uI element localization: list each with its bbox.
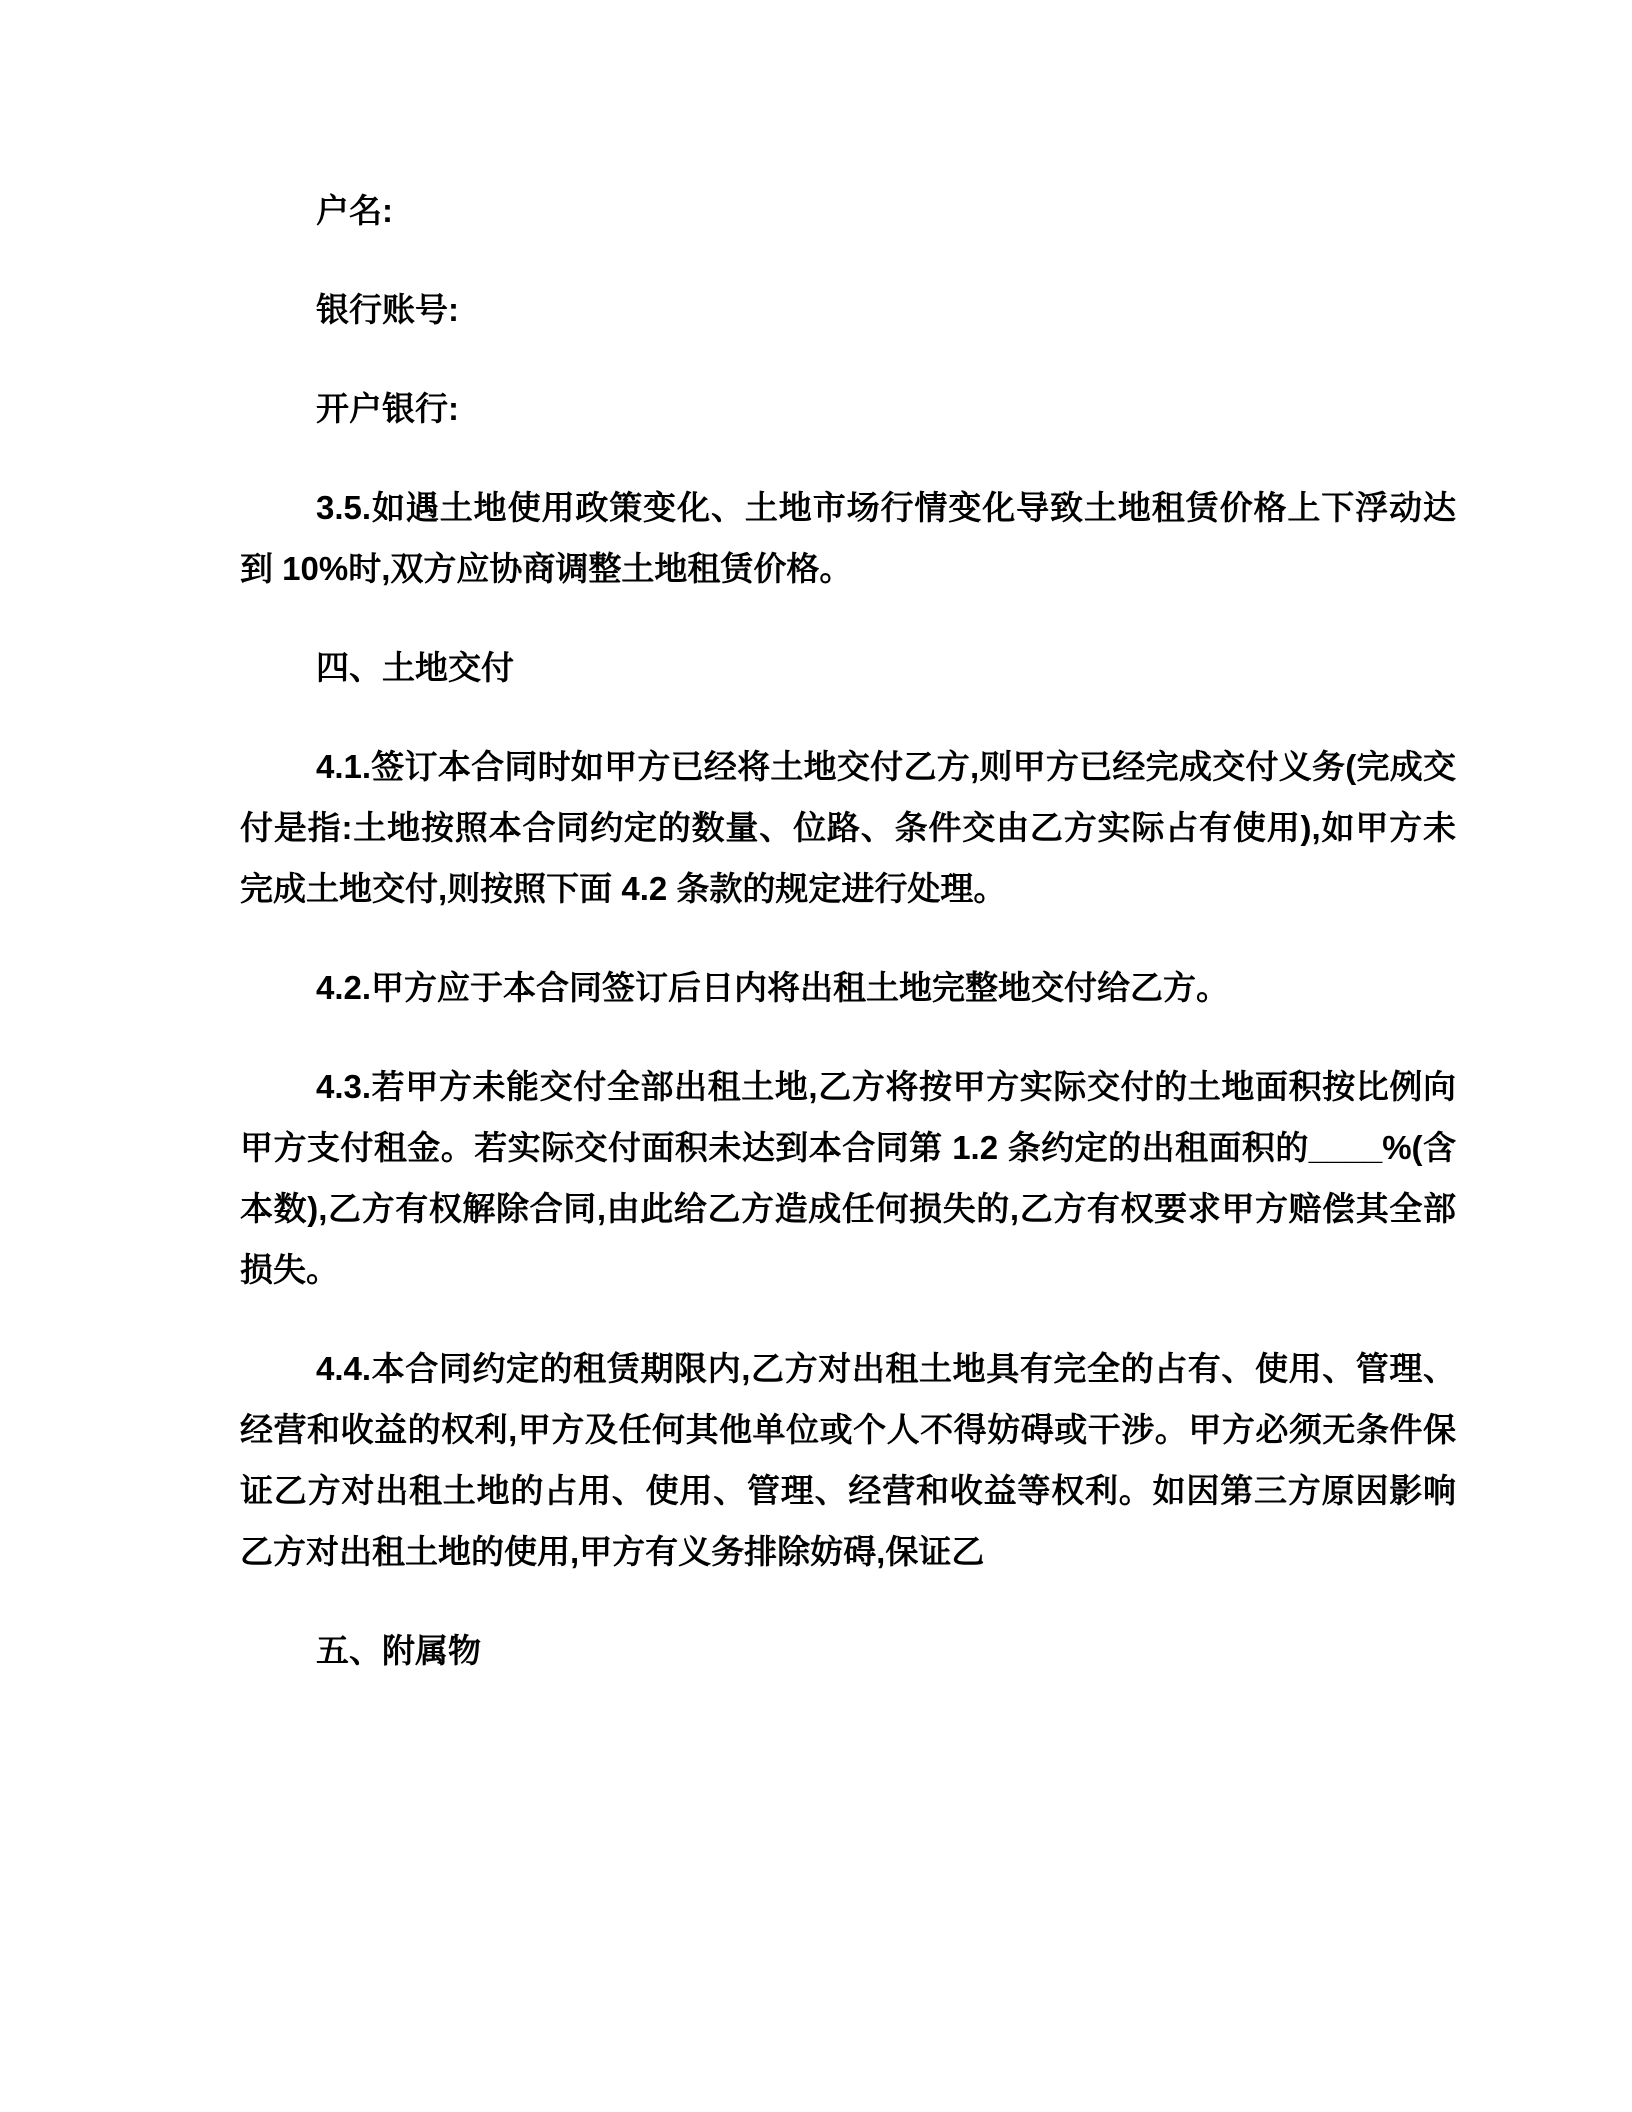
clause-4-1: 4.1.签订本合同时如甲方已经将土地交付乙方,则甲方已经完成交付义务(完成交付是… bbox=[240, 736, 1456, 919]
field-label-account-name: 户名: bbox=[240, 180, 1456, 241]
section-heading-5: 五、附属物 bbox=[240, 1620, 1456, 1681]
clause-3-5: 3.5.如遇土地使用政策变化、土地市场行情变化导致土地租赁价格上下浮动达到 10… bbox=[240, 477, 1456, 599]
field-label-bank-branch: 开户银行: bbox=[240, 378, 1456, 439]
clause-4-2: 4.2.甲方应于本合同签订后日内将出租土地完整地交付给乙方。 bbox=[240, 957, 1456, 1018]
clause-4-4: 4.4.本合同约定的租赁期限内,乙方对出租土地具有完全的占有、使用、管理、经营和… bbox=[240, 1338, 1456, 1582]
section-heading-4: 四、土地交付 bbox=[240, 637, 1456, 698]
field-label-bank-account: 银行账号: bbox=[240, 279, 1456, 340]
clause-4-3: 4.3.若甲方未能交付全部出租土地,乙方将按甲方实际交付的土地面积按比例向甲方支… bbox=[240, 1056, 1456, 1300]
document-page: 户名: 银行账号: 开户银行: 3.5.如遇土地使用政策变化、土地市场行情变化导… bbox=[0, 0, 1632, 2112]
